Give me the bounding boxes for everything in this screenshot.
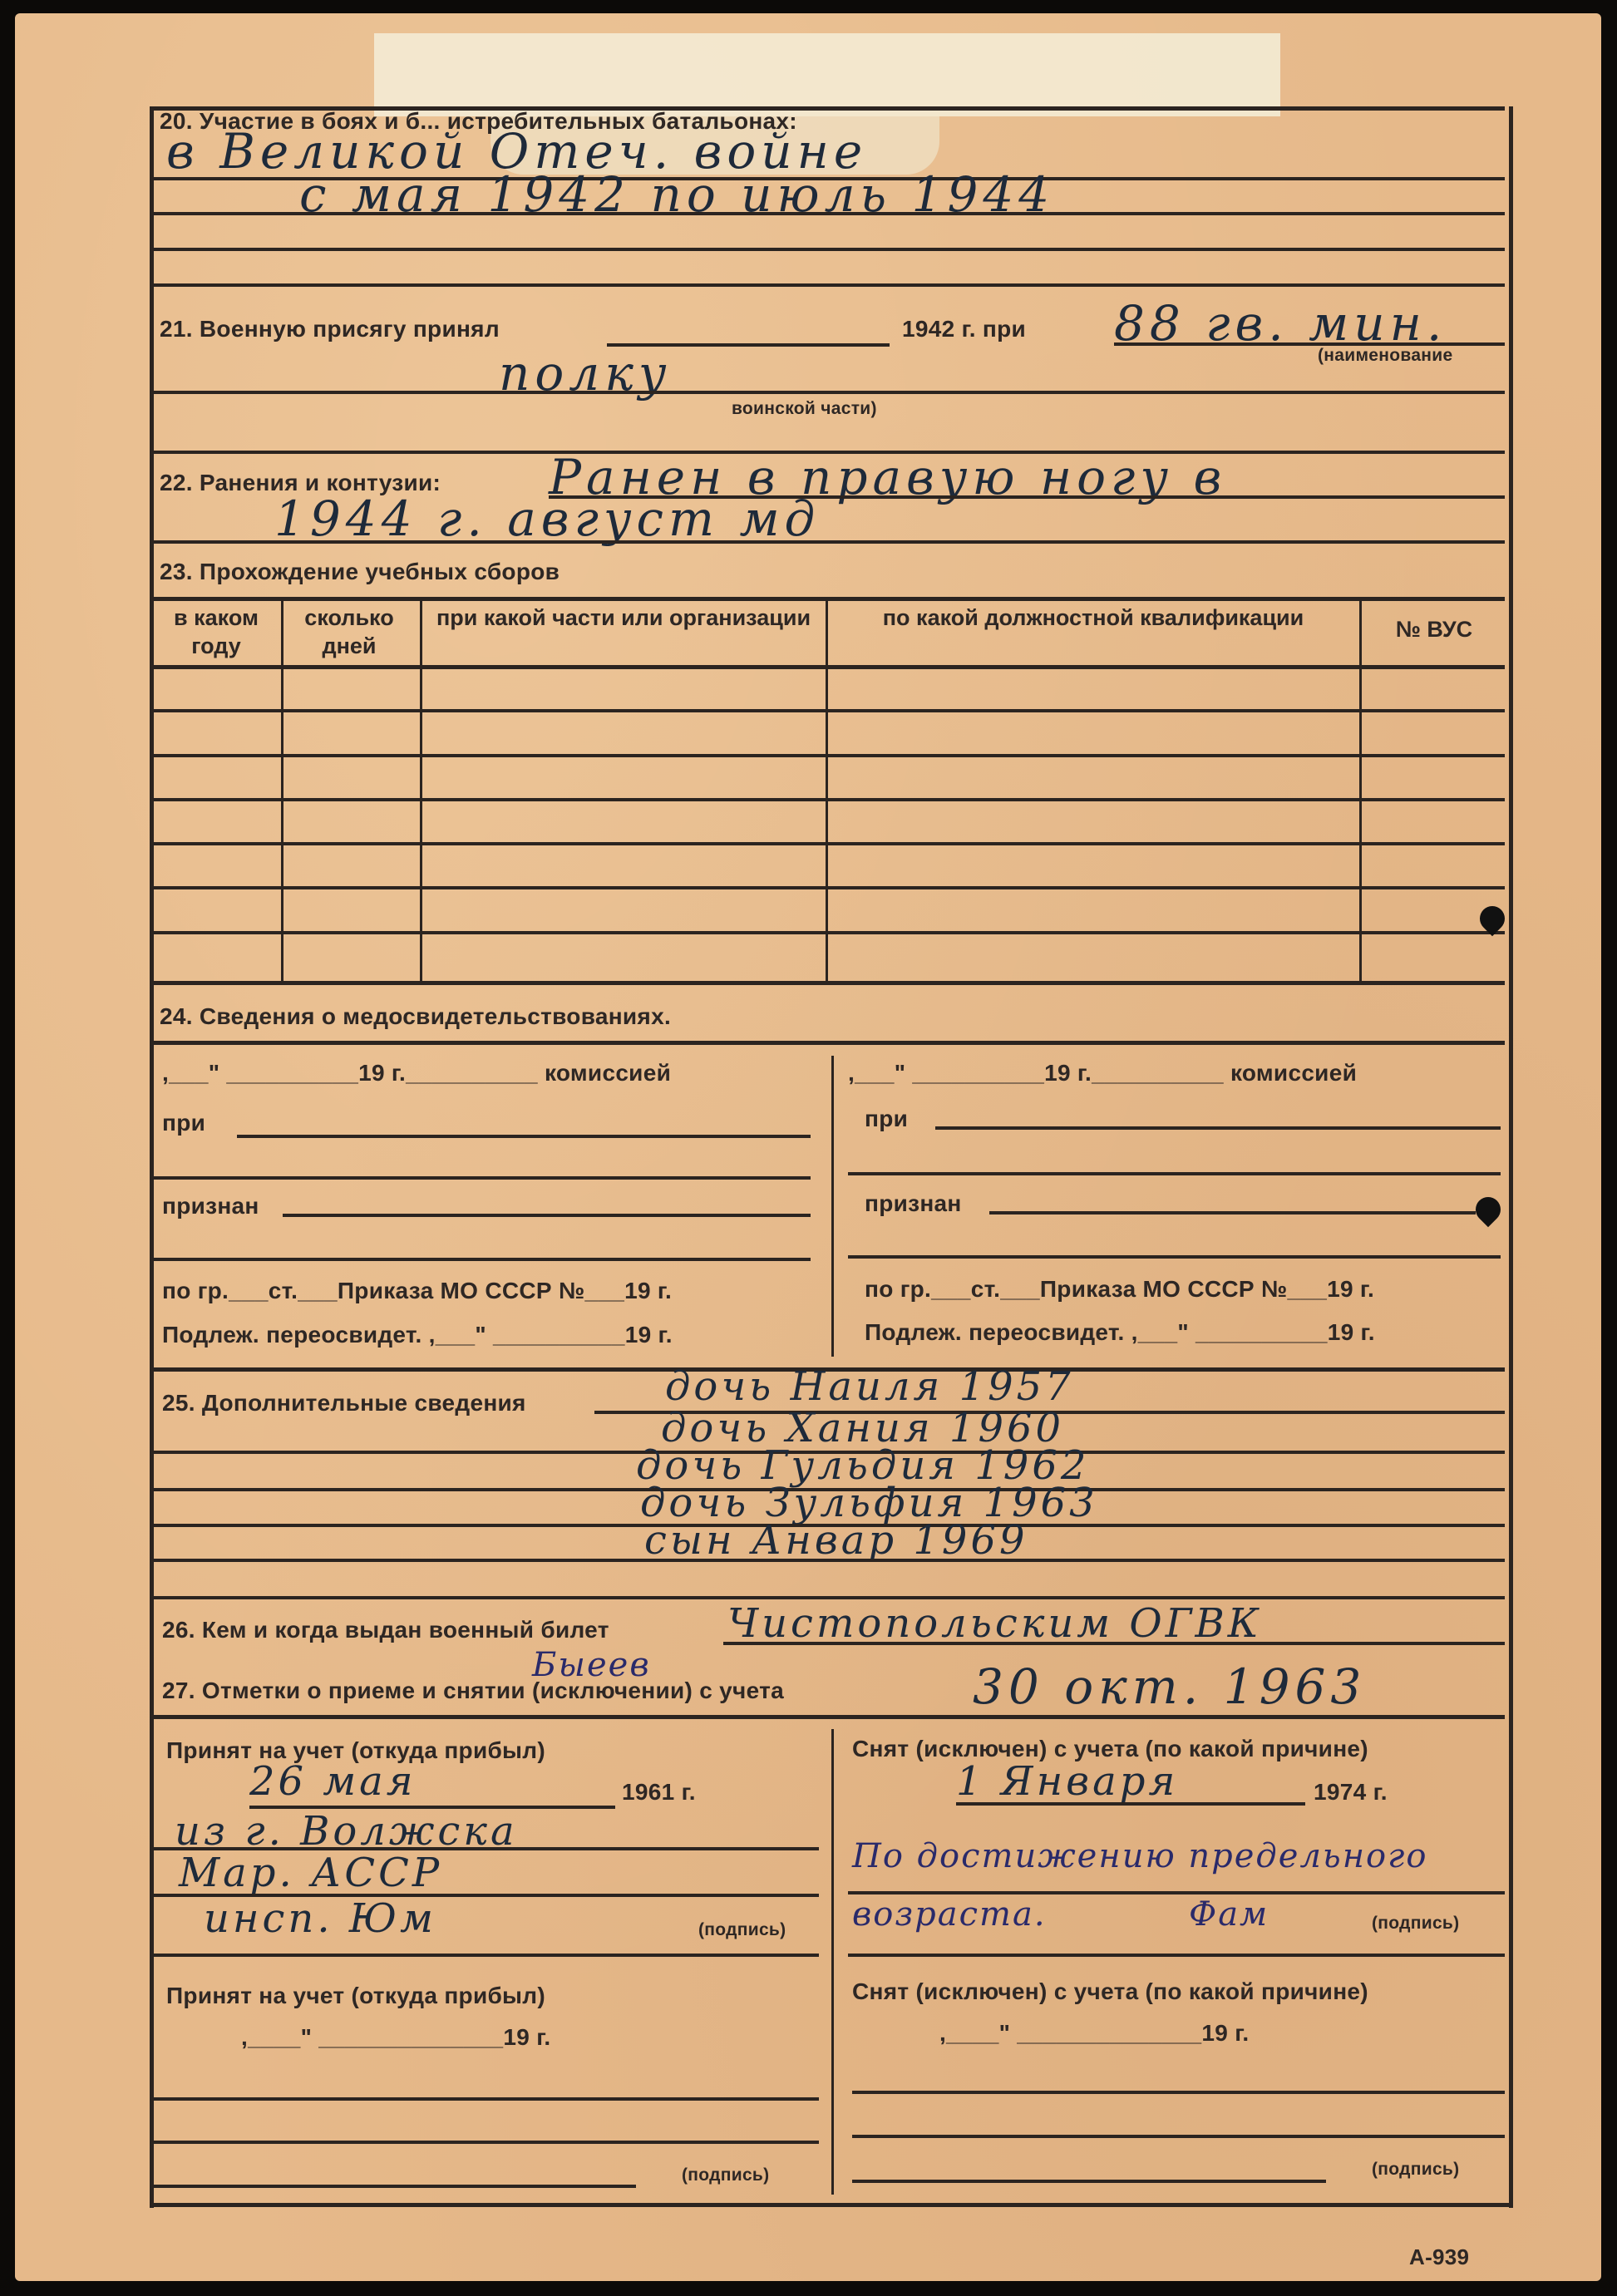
remove1-reason-handwriting-1: По достижению предельного	[852, 1837, 1427, 1875]
rule	[154, 1954, 819, 1957]
rule	[852, 2091, 1505, 2094]
section-26-label: 26. Кем и когда выдан военный билет	[162, 1617, 609, 1643]
med-left-pri: при	[162, 1110, 205, 1136]
remove1-date-handwriting: 1 Января	[956, 1758, 1178, 1805]
remove2-label: Снят (исключен) с учета (по какой причин…	[852, 1978, 1368, 2005]
rule	[956, 1802, 1305, 1806]
rule	[154, 1559, 1505, 1562]
rule	[852, 2135, 1505, 2138]
col-divider	[420, 597, 422, 981]
col-vus: № ВУС	[1363, 615, 1505, 643]
rule	[848, 1172, 1501, 1175]
signature-line	[154, 2185, 636, 2188]
table-row	[154, 709, 1505, 712]
remove1-reason-handwriting-2: возраста.	[852, 1895, 1047, 1934]
wounds-handwriting-line2: 1944 г. август мд	[274, 490, 820, 547]
col-divider	[281, 597, 283, 981]
oath-year: 1942 г. при	[902, 316, 1026, 342]
table-row	[154, 931, 1505, 934]
child-entry: сын Анвар 1969	[644, 1517, 1028, 1564]
rule	[154, 2097, 819, 2101]
col-divider	[831, 1729, 834, 2195]
col-divider	[1359, 597, 1362, 981]
rule	[154, 248, 1505, 251]
table-row	[154, 754, 1505, 757]
med-left-order: по гр.___ст.___Приказа МО СССР №___19 г.	[162, 1278, 672, 1304]
med-left-priznan: признан	[162, 1193, 259, 1219]
remove2-date-line: ,____" ______________19 г.	[939, 2020, 1250, 2047]
rule	[154, 1258, 811, 1261]
rule	[283, 1214, 811, 1217]
rule	[154, 212, 1505, 215]
remove1-signature-handwriting: Фам	[1189, 1895, 1269, 1934]
table-top-rule	[154, 597, 1505, 601]
signature-line	[852, 2180, 1326, 2183]
col-divider	[831, 1056, 834, 1357]
table-row	[154, 842, 1505, 845]
signature-caption: (подпись)	[698, 1920, 786, 1940]
rule	[154, 1596, 1505, 1599]
med-right-priznan: признан	[865, 1190, 962, 1217]
signature-caption: (подпись)	[1372, 2160, 1459, 2180]
med-right-order: по гр.___ст.___Приказа МО СССР №___19 г.	[865, 1276, 1374, 1303]
caption-unit-name: (наименование	[1318, 346, 1452, 366]
table-row	[154, 798, 1505, 801]
section-23-label: 23. Прохождение учебных сборов	[160, 559, 560, 585]
rule	[848, 1954, 1505, 1957]
rule	[237, 1135, 811, 1138]
caption-military-unit: воинской части)	[732, 399, 877, 419]
rule	[154, 1176, 811, 1180]
section-24-label: 24. Сведения о медосвидетельствованиях.	[160, 1003, 671, 1030]
table-row	[154, 886, 1505, 889]
accept2-label: Принят на учет (откуда прибыл)	[166, 1983, 545, 2009]
col-year: в каком году	[154, 604, 279, 660]
col-days: сколько дней	[283, 604, 416, 660]
bottom-rule	[150, 2203, 1509, 2207]
med-left-resurvey: Подлеж. переосвидет. ,___" __________19 …	[162, 1322, 673, 1348]
signature-caption: (подпись)	[1372, 1914, 1459, 1934]
rule	[154, 2141, 819, 2144]
col-unit: при какой части или организации	[424, 604, 823, 632]
rule	[154, 391, 1505, 394]
accept1-from-handwriting-2: Мар. АССР	[179, 1850, 442, 1896]
table-header-rule	[154, 665, 1505, 669]
paper-tape-patch	[374, 33, 1280, 116]
med-right-date: ,___" __________19 г.__________ комиссие…	[848, 1060, 1357, 1086]
rule	[935, 1126, 1501, 1130]
section-21-label: 21. Военную присягу принял	[160, 316, 500, 342]
accept1-year: 1961 г.	[622, 1779, 696, 1806]
col-divider	[826, 597, 828, 981]
military-id-issuer-handwriting: Чистопольским ОГВК	[727, 1600, 1262, 1647]
rule	[154, 283, 1505, 287]
section-25-label: 25. Дополнительные сведения	[162, 1390, 526, 1417]
accept1-signature-handwriting: инсп. Юм	[204, 1895, 436, 1942]
section-27-label: 27. Отметки о приеме и снятии (исключени…	[162, 1678, 784, 1704]
med-right-resurvey: Подлеж. переосвидет. ,___" __________19 …	[865, 1319, 1375, 1346]
form-code: А-939	[1409, 2244, 1469, 2270]
section-27-date-handwriting: 30 окт. 1963	[973, 1658, 1366, 1715]
rule	[154, 1715, 1505, 1719]
table-bottom-rule	[154, 981, 1505, 985]
med-right-pri: при	[865, 1106, 908, 1132]
remove1-year: 1974 г.	[1314, 1779, 1388, 1806]
col-qualification: по какой должностной квалификации	[831, 604, 1355, 632]
accept1-date-handwriting: 26 мая	[249, 1758, 417, 1805]
rule	[989, 1211, 1476, 1215]
accept2-date-line: ,____" ______________19 г.	[241, 2024, 551, 2051]
rule	[848, 1255, 1501, 1259]
med-left-date: ,___" __________19 г.__________ комиссие…	[162, 1060, 671, 1086]
signature-caption: (подпись)	[682, 2165, 769, 2185]
child-entry: дочь Наиля 1957	[665, 1363, 1074, 1410]
rule	[154, 1041, 1505, 1045]
rule	[154, 540, 1505, 544]
rule	[723, 1642, 1505, 1645]
rule	[848, 1891, 1505, 1894]
